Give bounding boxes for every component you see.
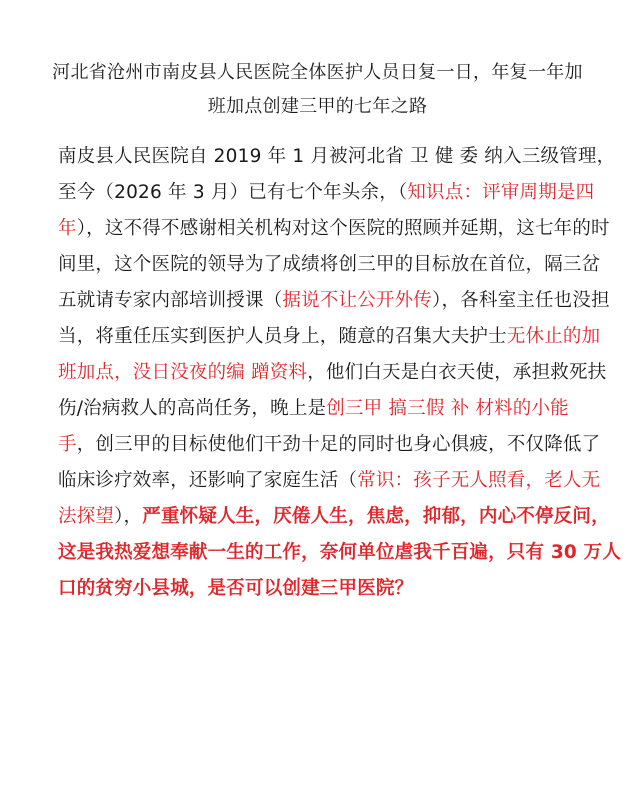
body-text: 至今（2026 年 3 月）已有七个年头余，（ (58, 182, 407, 203)
body-text: ），各科室主任也没担 (432, 290, 610, 311)
body-line: 当，将重任压实到医护人员身上，随意的召集大夫护士无休止的加 (58, 325, 618, 361)
body-line: 年），这不得不感谢相关机构对这个医院的照顾并延期，这七年的时 (58, 217, 618, 253)
body-line: 间里，这个医院的领导为了成绩将创三甲的目标放在首位，隔三岔 (58, 253, 618, 289)
body-text: 五就请专家内部培训授课（ (58, 290, 282, 311)
highlighted-text: 班加点，没日没夜的编 蹭资料 (58, 362, 307, 383)
body-line: 口的贫穷小县城，是否可以创建三甲医院？ (58, 577, 618, 613)
highlighted-text: 法探望 (58, 506, 114, 527)
body-line: 至今（2026 年 3 月）已有七个年头余，（知识点：评审周期是四 (58, 181, 618, 217)
body-text: ）， (114, 506, 142, 527)
body-line: 法探望），严重怀疑人生，厌倦人生，焦虑，抑郁，内心不停反问， (58, 505, 618, 541)
document-title-line-1: 河北省沧州市南皮县人民医院全体医护人员日复一日，年复一年加 (0, 61, 635, 85)
emphasized-text: 口的贫穷小县城，是否可以创建三甲医院？ (58, 578, 413, 599)
body-text: 间里，这个医院的领导为了成绩将创三甲的目标放在首位，隔三岔 (58, 254, 600, 275)
document-page: 河北省沧州市南皮县人民医院全体医护人员日复一日，年复一年加 班加点创建三甲的七年… (0, 0, 635, 800)
body-line: 这是我热爱想奉献一生的工作，奈何单位虐我千百遍，只有 30 万人 (58, 541, 618, 577)
body-line: 南皮县人民医院自 2019 年 1 月被河北省 卫 健 委 纳入三级管理， (58, 145, 618, 181)
body-line: 临床诊疗效率，还影响了家庭生活（常识：孩子无人照看，老人无 (58, 469, 618, 505)
highlighted-text: 创三甲 搞三假 补 材料的小能 (326, 398, 569, 419)
highlighted-text: 据说不让公开外传 (282, 290, 432, 311)
highlighted-text: 年 (58, 218, 77, 239)
body-text: 伤/治病救人的高尚任务，晚上是 (58, 398, 326, 419)
document-title-line-2: 班加点创建三甲的七年之路 (0, 95, 635, 119)
body-text: 当，将重任压实到医护人员身上，随意的召集大夫护士 (58, 326, 507, 347)
highlighted-text: 手 (58, 434, 77, 455)
body-line: 五就请专家内部培训授课（据说不让公开外传），各科室主任也没担 (58, 289, 618, 325)
highlighted-text: 常识：孩子无人照看，老人无 (357, 470, 600, 491)
body-line: 手，创三甲的目标使他们干劲十足的同时也身心俱疲，不仅降低了 (58, 433, 618, 469)
body-line: 伤/治病救人的高尚任务，晚上是创三甲 搞三假 补 材料的小能 (58, 397, 618, 433)
document-body: 南皮县人民医院自 2019 年 1 月被河北省 卫 健 委 纳入三级管理，至今（… (58, 145, 618, 613)
body-line: 班加点，没日没夜的编 蹭资料，他们白天是白衣天使，承担救死扶 (58, 361, 618, 397)
body-text: ），这不得不感谢相关机构对这个医院的照顾并延期，这七年的时 (77, 218, 610, 239)
body-text: 临床诊疗效率，还影响了家庭生活（ (58, 470, 357, 491)
emphasized-text: 这是我热爱想奉献一生的工作，奈何单位虐我千百遍，只有 30 万人 (58, 542, 621, 563)
highlighted-text: 知识点：评审周期是四 (407, 182, 594, 203)
body-text: 南皮县人民医院自 2019 年 1 月被河北省 卫 健 委 纳入三级管理， (58, 146, 615, 167)
body-text: ，创三甲的目标使他们干劲十足的同时也身心俱疲，不仅降低了 (77, 434, 601, 455)
highlighted-text: 无休止的加 (507, 326, 601, 347)
body-text: ，他们白天是白衣天使，承担救死扶 (307, 362, 606, 383)
emphasized-text: 严重怀疑人生，厌倦人生，焦虑，抑郁，内心不停反问， (142, 506, 610, 527)
